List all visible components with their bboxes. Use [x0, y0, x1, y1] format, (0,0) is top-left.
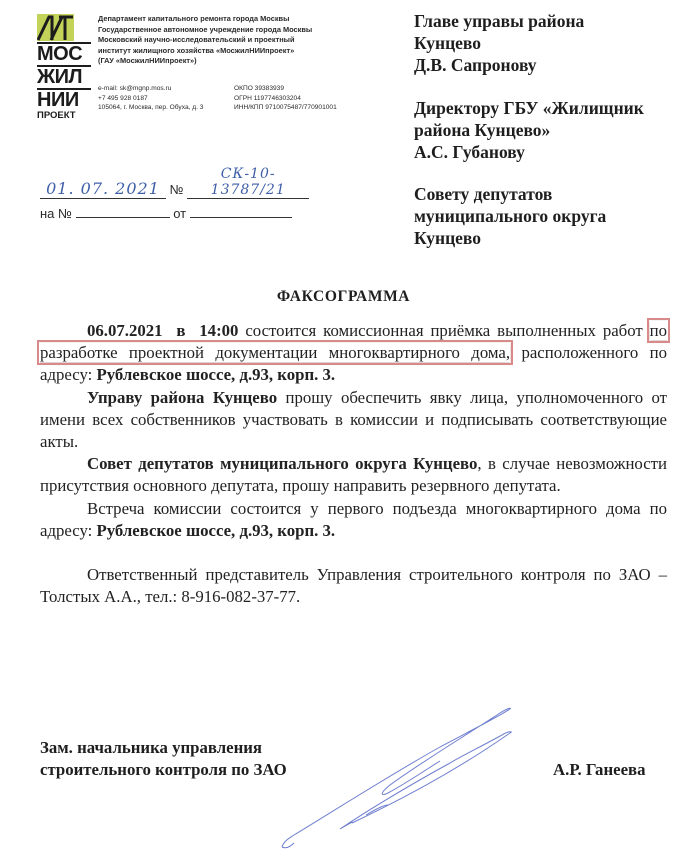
- org-inn-kpp: ИНН/КПП 9710075487/770901001: [234, 103, 337, 113]
- recipient-uprava: Управу района Кунцево: [87, 388, 277, 407]
- paragraph-meeting: Встреча комиссии состоится у первого под…: [40, 498, 667, 542]
- addressee-line: Директору ГБУ «Жилищник: [414, 97, 644, 119]
- org-phone: +7 495 928 0187: [98, 94, 203, 104]
- paragraph-text: состоится комиссионная приёмка выполненн…: [238, 321, 649, 340]
- reply-from-label: от: [173, 206, 186, 221]
- org-logo: МОС ЖИЛ НИИ ПРОЕКТ: [37, 14, 91, 121]
- addressee-block-3: Совету депутатов муниципального округа К…: [414, 183, 606, 249]
- reply-line: на № от: [40, 205, 292, 221]
- number-label: №: [170, 182, 184, 197]
- position-line: Зам. начальника управления: [40, 737, 287, 759]
- logo-mark-icon: [37, 14, 74, 41]
- addressee-line: муниципального округа: [414, 205, 606, 227]
- paragraph-contact: Ответственный представитель Управления с…: [40, 564, 667, 608]
- org-line: Государственное автономное учреждение го…: [98, 25, 360, 36]
- addressee-line: района Кунцево»: [414, 119, 644, 141]
- addressee-line: Кунцево: [414, 32, 584, 54]
- event-address: Рублевское шоссе, д.93, корп. 3.: [97, 365, 336, 384]
- spacer: [40, 542, 667, 564]
- org-ogrn: ОГРН 1197746303204: [234, 94, 337, 104]
- reply-number-field: [76, 205, 170, 218]
- handwritten-signature-icon: [280, 705, 540, 850]
- logo-word-proekt: ПРОЕКТ: [37, 110, 91, 121]
- event-time: 14:00: [199, 321, 238, 340]
- document-title: ФАКСОГРАММА: [0, 288, 687, 306]
- org-contacts: e-mail: sk@mgnp.mos.ru +7 495 928 0187 1…: [98, 84, 203, 113]
- logo-word-nii: НИИ: [37, 91, 91, 110]
- meeting-address: Рублевское шоссе, д.93, корп. 3.: [97, 521, 336, 540]
- reply-date-field: [190, 205, 292, 218]
- registration-number: СК-10-13787/21: [187, 166, 309, 199]
- org-email: e-mail: sk@mgnp.mos.ru: [98, 84, 203, 94]
- paragraph-commission: 06.07.2021 в 14:00 состоится комиссионна…: [40, 320, 667, 387]
- paragraph-text: Ответственный представитель Управления с…: [40, 565, 667, 606]
- org-okpo: ОКПО 39383939: [234, 84, 337, 94]
- addressee-line: Д.В. Сапронову: [414, 54, 584, 76]
- paragraph-uprava: Управу района Кунцево прошу обеспечить я…: [40, 387, 667, 454]
- reply-number-label: на №: [40, 206, 72, 221]
- addressee-line: Главе управы района: [414, 10, 584, 32]
- document-body: 06.07.2021 в 14:00 состоится комиссионна…: [40, 320, 667, 608]
- recipient-council: Совет депутатов муниципального округа Ку…: [87, 454, 477, 473]
- position-line: строительного контроля по ЗАО: [40, 759, 287, 781]
- registration-date: 01. 07. 2021: [40, 179, 166, 199]
- addressee-block-1: Главе управы района Кунцево Д.В. Сапроно…: [414, 10, 584, 76]
- addressee-line: Кунцево: [414, 227, 606, 249]
- org-address: 105064, г. Москва, пер. Обуха, д. 3: [98, 103, 203, 113]
- signatory-position: Зам. начальника управления строительного…: [40, 737, 287, 781]
- addressee-line: А.С. Губанову: [414, 141, 644, 163]
- org-line: Московский научно-исследовательский и пр…: [98, 35, 360, 46]
- addressee-block-2: Директору ГБУ «Жилищник района Кунцево» …: [414, 97, 644, 163]
- org-line: (ГАУ «МосжилНИИпроект»): [98, 56, 360, 67]
- signatory-name: А.Р. Ганеева: [553, 759, 645, 781]
- org-header: Департамент капитального ремонта города …: [98, 14, 360, 67]
- org-requisites: ОКПО 39383939 ОГРН 1197746303204 ИНН/КПП…: [234, 84, 337, 113]
- event-date: 06.07.2021: [87, 321, 163, 340]
- event-in: в: [176, 321, 185, 340]
- registration-line: 01. 07. 2021 № СК-10-13787/21: [40, 166, 309, 199]
- org-line: Департамент капитального ремонта города …: [98, 14, 360, 25]
- logo-word-mos: МОС: [37, 45, 91, 64]
- addressee-line: Совету депутатов: [414, 183, 606, 205]
- paragraph-council: Совет депутатов муниципального округа Ку…: [40, 453, 667, 497]
- logo-word-zhil: ЖИЛ: [37, 68, 91, 87]
- org-line: институт жилищного хозяйства «МосжилНИИп…: [98, 46, 360, 57]
